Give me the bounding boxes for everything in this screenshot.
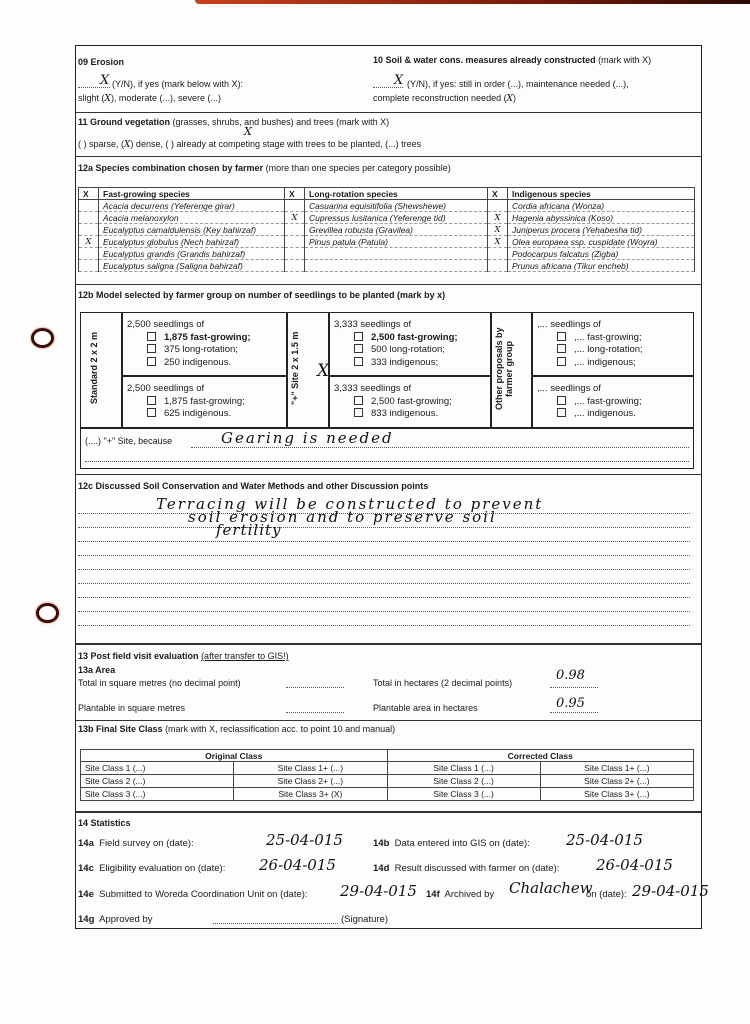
species-row: Eucalyptus camaldulensis (Key bahirzaf)G… [79, 224, 695, 236]
species-mark-cell[interactable] [79, 200, 99, 212]
species-name-cell: Hagenia abyssinica (Koso) [508, 212, 695, 224]
other-proposals-label: Other proposals by farmer group [494, 317, 526, 421]
species-name-cell: Prunus africana (Tikur encheb) [508, 260, 695, 272]
species-name-cell: Acacia decurrens (Yeferenge girar) [99, 200, 285, 212]
species-table: XFast-growing species XLong-rotation spe… [78, 187, 695, 272]
species-name-cell: Juniperus procera (Yehabesha tid) [508, 224, 695, 236]
plant-sqm-field[interactable] [286, 712, 344, 713]
eligibility-row: 14c Eligibility evaluation on (date): [78, 863, 225, 874]
erosion-line1: (Y/N), if yes (mark below with X): [112, 79, 243, 89]
plus-site-option-a[interactable]: 3,333 seedlings of 2,500 fast-growing; 5… [334, 319, 458, 369]
species-row: Acacia decurrens (Yeferenge girar)Casuar… [79, 200, 695, 212]
plus-site-reason-box: (....) "+" Site, because Gearing is need… [80, 427, 694, 469]
section-title: 10 Soil & water cons. measures already c… [373, 55, 651, 65]
site-class-option[interactable]: Site Class 3+ (...) [540, 788, 693, 801]
discussion-line[interactable]: fertility [216, 521, 282, 539]
form-page: 09 Erosion X (Y/N), if yes (mark below w… [75, 45, 702, 929]
archived-row: 14f Archived by [426, 889, 494, 900]
site-class-table: Original ClassCorrected Class Site Class… [80, 749, 694, 801]
total-sqm-label: Total in square metres (no decimal point… [78, 678, 241, 688]
site-class-row: Site Class 2 (...)Site Class 2+ (...)Sit… [81, 775, 694, 788]
species-mark-cell[interactable]: X [79, 236, 99, 248]
punch-hole-icon [36, 603, 59, 623]
section-11-vegetation: 11 Ground vegetation (grasses, shrubs, a… [76, 112, 701, 113]
measures-line1: (Y/N), if yes: still in order (...), mai… [407, 79, 629, 89]
species-mark-cell[interactable] [285, 224, 305, 236]
section-14-statistics: 14 Statistics 14a Field survey on (date)… [76, 811, 701, 813]
site-class-option[interactable]: Site Class 1 (...) [387, 762, 540, 775]
species-name-cell: Podocarpus falcatus (Zigba) [508, 248, 695, 260]
checkbox[interactable] [557, 408, 566, 417]
section-12c-discussion: 12c Discussed Soil Conservation and Wate… [76, 474, 701, 475]
species-row: Eucalyptus saligna (Saligna bahirzaf)Pru… [79, 260, 695, 272]
section-title: 12b Model selected by farmer group on nu… [78, 290, 445, 300]
site-class-option[interactable]: Site Class 2 (...) [387, 775, 540, 788]
submitted-date[interactable]: 29-04-015 [340, 882, 417, 900]
submitted-row: 14e Submitted to Woreda Coordination Uni… [78, 889, 308, 900]
checkbox[interactable] [354, 332, 363, 341]
signature-field[interactable] [213, 923, 338, 924]
site-class-row: Site Class 3 (...)Site Class 3+ (X)Site … [81, 788, 694, 801]
checkbox[interactable] [557, 332, 566, 341]
checkbox[interactable] [354, 408, 363, 417]
punch-hole-icon [31, 328, 54, 348]
species-mark-cell[interactable] [285, 260, 305, 272]
because-label: (....) "+" Site, because [85, 436, 172, 446]
eligibility-date[interactable]: 26-04-015 [259, 856, 336, 874]
field-survey-row: 14a Field survey on (date): [78, 838, 194, 849]
species-name-cell [305, 260, 488, 272]
site-class-row: Site Class 1 (...)Site Class 1+ (...)Sit… [81, 762, 694, 775]
section-12b-model: 12b Model selected by farmer group on nu… [76, 284, 701, 285]
site-class-option[interactable]: Site Class 3 (...) [81, 788, 234, 801]
species-name-cell: Cordia africana (Wonza) [508, 200, 695, 212]
checkbox[interactable] [147, 344, 156, 353]
other-option-a[interactable]: ,... seedlings of ,... fast-growing; ,..… [537, 319, 643, 369]
total-ha-label: Total in hectares (2 decimal points) [373, 678, 512, 688]
section-13b-site-class: 13b Final Site Class (mark with X, recla… [76, 720, 701, 721]
species-mark-cell[interactable]: X [488, 236, 508, 248]
standard-label: Standard 2 x 2 m [89, 323, 117, 413]
area-title: 13a Area [78, 665, 115, 675]
measures-line2: complete reconstruction needed (X) [373, 93, 516, 104]
plant-sqm-label: Plantable in square metres [78, 703, 185, 713]
site-class-option[interactable]: Site Class 2 (...) [81, 775, 234, 788]
species-mark-cell[interactable] [79, 260, 99, 272]
plant-ha-label: Plantable area in hectares [373, 703, 478, 713]
species-row: XEucalyptus globulus (Nech bahirzaf)Pinu… [79, 236, 695, 248]
gis-entry-row: 14b Data entered into GIS on (date): [373, 838, 530, 849]
scan-edge-stripe [195, 0, 750, 4]
checkbox[interactable] [557, 357, 566, 366]
other-option-b[interactable]: ,... seedlings of ,... fast-growing; ,..… [537, 383, 642, 421]
erosion-line2: slight (X), moderate (...), severe (...) [78, 93, 221, 104]
site-class-option[interactable]: Site Class 2+ (...) [234, 775, 387, 788]
species-name-cell: Casuarina equisitifolia (Shewshewe) [305, 200, 488, 212]
species-mark-cell[interactable] [285, 236, 305, 248]
species-name-cell: Eucalyptus saligna (Saligna bahirzaf) [99, 260, 285, 272]
yn-mark[interactable]: X [394, 73, 403, 88]
standard-option-b[interactable]: 2,500 seedlings of 1,875 fast-growing; 6… [127, 383, 245, 421]
total-sqm-field[interactable] [286, 687, 344, 688]
site-class-option[interactable]: Site Class 3 (...) [387, 788, 540, 801]
species-name-cell: Olea europaea ssp. cuspidate (Woyra) [508, 236, 695, 248]
checkbox[interactable] [354, 357, 363, 366]
site-class-option[interactable]: Site Class 3+ (X) [234, 788, 387, 801]
section-title: 09 Erosion [78, 57, 124, 67]
species-mark-cell[interactable] [285, 248, 305, 260]
field-survey-date[interactable]: 25-04-015 [266, 831, 343, 849]
site-class-option[interactable]: Site Class 1+ (...) [234, 762, 387, 775]
site-class-option[interactable]: Site Class 2+ (...) [540, 775, 693, 788]
species-name-cell: Acacia melanoxylon [99, 212, 285, 224]
plus-site-label: "+" Site 2 x 1.5 m [290, 323, 320, 413]
species-mark-cell[interactable] [79, 224, 99, 236]
species-mark-cell[interactable] [285, 200, 305, 212]
checkbox[interactable] [147, 408, 156, 417]
archived-date-label: on (date): [586, 889, 627, 900]
site-class-option[interactable]: Site Class 1 (...) [81, 762, 234, 775]
section-title: 12c Discussed Soil Conservation and Wate… [78, 481, 428, 491]
result-discussed-row: 14d Result discussed with farmer on (dat… [373, 863, 559, 874]
plus-site-mark[interactable]: X [317, 361, 329, 381]
checkbox[interactable] [354, 344, 363, 353]
site-class-option[interactable]: Site Class 1+ (...) [540, 762, 693, 775]
species-name-cell: Grevillea robusta (Gravilea) [305, 224, 488, 236]
species-name-cell: Eucalyptus camaldulensis (Key bahirzaf) [99, 224, 285, 236]
species-name-cell: Eucalyptus globulus (Nech bahirzaf) [99, 236, 285, 248]
section-title: 13b Final Site Class (mark with X, recla… [78, 724, 395, 734]
species-mark-cell[interactable] [488, 200, 508, 212]
section-title: 13 Post field visit evaluation (after tr… [78, 651, 289, 661]
signature-label: (Signature) [341, 914, 388, 925]
stray-mark: X [244, 125, 252, 138]
section-12a-species: 12a Species combination chosen by farmer… [76, 156, 701, 157]
checkbox[interactable] [354, 396, 363, 405]
section-title: 14 Statistics [78, 818, 131, 828]
yn-mark[interactable]: X [100, 73, 109, 88]
species-mark-cell[interactable]: X [488, 224, 508, 236]
model-grid: Standard 2 x 2 m "+" Site 2 x 1.5 m Othe… [80, 312, 694, 429]
because-value[interactable]: Gearing is needed [221, 429, 394, 447]
species-mark-cell[interactable] [488, 248, 508, 260]
species-row: Eucalyptus grandis (Grandis bahirzaf)Pod… [79, 248, 695, 260]
result-discussed-date[interactable]: 26-04-015 [596, 856, 673, 874]
species-name-cell: Cupressus lusitanica (Yeferenge tid) [305, 212, 488, 224]
approved-row: 14g Approved by [78, 914, 152, 925]
species-row: Acacia melanoxylonXCupressus lusitanica … [79, 212, 695, 224]
plus-site-option-b[interactable]: 3,333 seedlings of 2,500 fast-growing; 8… [334, 383, 452, 421]
species-header-row: XFast-growing species XLong-rotation spe… [79, 188, 695, 200]
species-mark-cell[interactable] [79, 212, 99, 224]
plant-ha-value[interactable]: 0.95 [556, 696, 585, 711]
checkbox[interactable] [557, 344, 566, 353]
species-name-cell: Pinus patula (Patula) [305, 236, 488, 248]
section-13-evaluation: 13 Post field visit evaluation (after tr… [76, 643, 701, 645]
species-mark-cell[interactable] [488, 260, 508, 272]
checkbox[interactable] [147, 357, 156, 366]
species-mark-cell[interactable]: X [488, 212, 508, 224]
vegetation-options: ( ) sparse, (X) dense, ( ) already at co… [78, 139, 421, 150]
checkbox[interactable] [147, 332, 156, 341]
gis-entry-date[interactable]: 25-04-015 [566, 831, 643, 849]
archived-date[interactable]: 29-04-015 [632, 882, 709, 900]
standard-option-a[interactable]: 2,500 seedlings of 1,875 fast-growing; 3… [127, 319, 251, 369]
species-name-cell [305, 248, 488, 260]
species-mark-cell[interactable]: X [285, 212, 305, 224]
total-ha-value[interactable]: 0.98 [556, 668, 585, 683]
species-name-cell: Eucalyptus grandis (Grandis bahirzaf) [99, 248, 285, 260]
section-title: 12a Species combination chosen by farmer… [78, 163, 451, 173]
archived-by-name[interactable]: Chalachew [509, 879, 593, 897]
species-mark-cell[interactable] [79, 248, 99, 260]
checkbox[interactable] [147, 396, 156, 405]
checkbox[interactable] [557, 396, 566, 405]
section-title: 11 Ground vegetation (grasses, shrubs, a… [78, 117, 389, 127]
